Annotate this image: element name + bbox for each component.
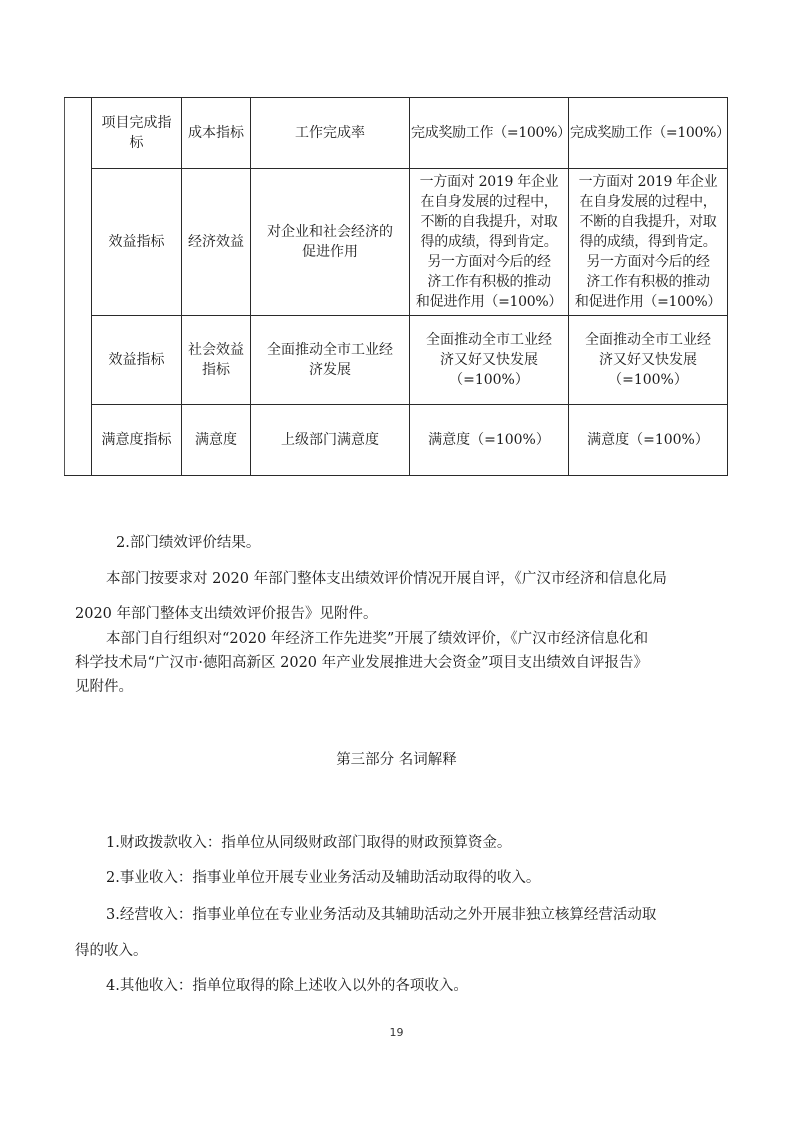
definition-item-continuation: 得的收入。 [75,941,148,961]
paragraph-line: 2020 年部门整体支出绩效评价报告》见附件。 [75,604,378,624]
definition-item: 2.事业收入：指事业单位开展专业业务活动及辅助活动取得的收入。 [106,868,540,888]
cell-text: 另一方面对今后的经 [570,252,726,272]
cell-text: 全面推动全市工业经 [252,340,408,360]
cell-text: 社会效益 [183,340,249,360]
paragraph-line: 见附件。 [75,677,133,697]
table-row: 效益指标 经济效益 对企业和社会经济的 促进作用 一方面对 2019 年企业 在… [65,169,728,316]
cell-text: 另一方面对今后的经 [411,252,567,272]
document-page: 项目完成指 标 成本指标 工作完成率 完成奖励工作（=100%） 完成奖励工作（… [0,0,793,1122]
cell-text: 标 [93,133,180,153]
table-row: 项目完成指 标 成本指标 工作完成率 完成奖励工作（=100%） 完成奖励工作（… [65,98,728,169]
indicator-cell: 对企业和社会经济的 促进作用 [251,169,410,316]
indicator-cell: 全面推动全市工业经 济发展 [251,316,410,405]
level1-indicator-cell: 效益指标 [92,316,182,405]
paragraph-line: 本部门自行组织对“2020 年经济工作先进奖”开展了绩效评价，《广汉市经济信息化… [106,629,648,649]
level2-indicator-cell: 满意度 [182,405,251,476]
cell-text: 项目完成指 [93,113,180,133]
actual-value-cell: 完成奖励工作（=100%） [569,98,728,169]
cell-text: 和促进作用（=100%） [411,292,567,312]
cell-text: 得的成绩，得到肯定。 [570,232,726,252]
level2-indicator-cell: 成本指标 [182,98,251,169]
cell-text: 对企业和社会经济的 [252,222,408,242]
cell-text: 济工作有积极的推动 [570,272,726,292]
paragraph-line: 本部门按要求对 2020 年部门整体支出绩效评价情况开展自评，《广汉市经济和信息… [106,569,667,589]
cell-text: 济发展 [252,360,408,380]
section-heading: 第三部分 名词解释 [0,750,793,770]
paragraph-line: 科学技术局“广汉市·德阳高新区 2020 年产业发展推进大会资金”项目支出绩效自… [75,653,648,673]
table-row: 效益指标 社会效益 指标 全面推动全市工业经 济发展 全面推动全市工业经 济又好… [65,316,728,405]
section-subheading: 2.部门绩效评价结果。 [116,533,260,553]
cell-text: 一方面对 2019 年企业 [570,172,726,192]
level2-indicator-cell: 社会效益 指标 [182,316,251,405]
cell-text: 得的成绩，得到肯定。 [411,232,567,252]
indicator-cell: 工作完成率 [251,98,410,169]
actual-value-cell: 满意度（=100%） [569,405,728,476]
cell-text: 一方面对 2019 年企业 [411,172,567,192]
performance-indicator-table: 项目完成指 标 成本指标 工作完成率 完成奖励工作（=100%） 完成奖励工作（… [64,97,728,476]
definition-item: 1.财政拨款收入：指单位从同级财政部门取得的财政预算资金。 [106,833,511,853]
cell-text: 不断的自我提升，对取 [570,212,726,232]
definition-item: 4.其他收入：指单位取得的除上述收入以外的各项收入。 [106,976,468,996]
merged-category-cell [65,98,92,476]
target-value-cell: 全面推动全市工业经 济又好又快发展 （=100%） [410,316,569,405]
cell-text: 促进作用 [252,242,408,262]
target-value-cell: 完成奖励工作（=100%） [410,98,569,169]
cell-text: 济工作有积极的推动 [411,272,567,292]
cell-text: 不断的自我提升，对取 [411,212,567,232]
cell-text: 全面推动全市工业经 [411,330,567,350]
cell-text: 济又好又快发展 [570,350,726,370]
level1-indicator-cell: 满意度指标 [92,405,182,476]
actual-value-cell: 一方面对 2019 年企业 在自身发展的过程中， 不断的自我提升，对取 得的成绩… [569,169,728,316]
page-number: 19 [0,1026,793,1039]
level1-indicator-cell: 项目完成指 标 [92,98,182,169]
target-value-cell: 满意度（=100%） [410,405,569,476]
cell-text: （=100%） [411,370,567,390]
definition-item: 3.经营收入：指事业单位在专业业务活动及其辅助活动之外开展非独立核算经营活动取 [106,905,656,925]
table-row: 满意度指标 满意度 上级部门满意度 满意度（=100%） 满意度（=100%） [65,405,728,476]
cell-text: 在自身发展的过程中， [411,192,567,212]
cell-text: （=100%） [570,370,726,390]
cell-text: 全面推动全市工业经 [570,330,726,350]
indicator-cell: 上级部门满意度 [251,405,410,476]
cell-text: 在自身发展的过程中， [570,192,726,212]
cell-text: 济又好又快发展 [411,350,567,370]
target-value-cell: 一方面对 2019 年企业 在自身发展的过程中， 不断的自我提升，对取 得的成绩… [410,169,569,316]
cell-text: 和促进作用（=100%） [570,292,726,312]
actual-value-cell: 全面推动全市工业经 济又好又快发展 （=100%） [569,316,728,405]
cell-text: 指标 [183,360,249,380]
level2-indicator-cell: 经济效益 [182,169,251,316]
level1-indicator-cell: 效益指标 [92,169,182,316]
